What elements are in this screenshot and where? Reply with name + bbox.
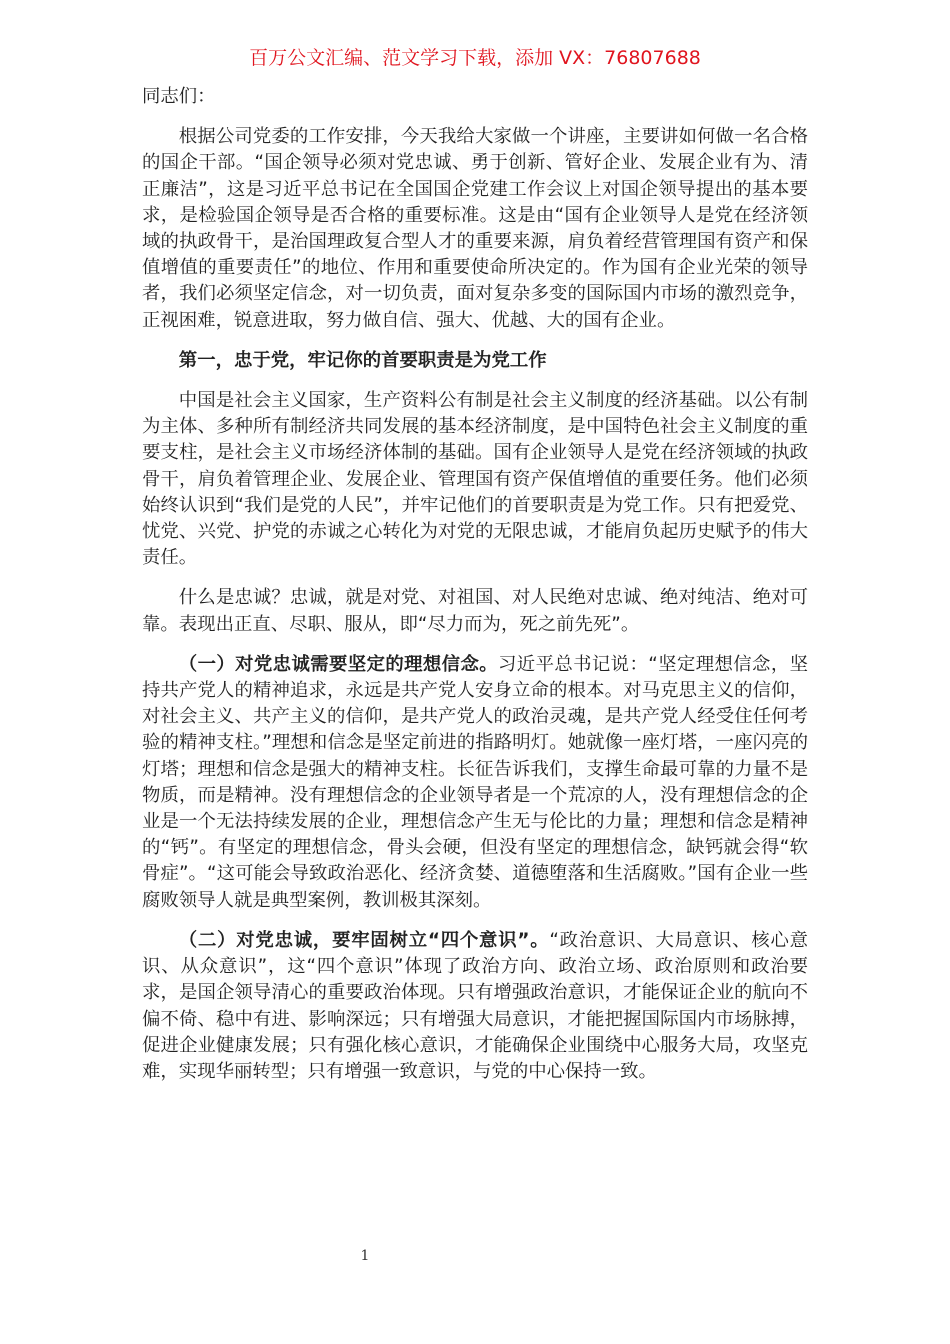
subsection-2-heading: （二）对党忠诚，要牢固树立“四个意识”。 — [179, 930, 550, 951]
subsection-2-paragraph: （二）对党忠诚，要牢固树立“四个意识”。“政治意识、大局意识、核心意识、从众意识… — [142, 928, 808, 1085]
document-body: 同志们： 根据公司党委的工作安排，今天我给大家做一个讲座，主要讲如何做一名合格的… — [142, 84, 808, 1099]
page-number: 1 — [355, 1248, 375, 1264]
subsection-1-heading: （一）对党忠诚需要坚定的理想信念。 — [179, 654, 498, 675]
section1-paragraph-2: 什么是忠诚？忠诚，就是对党、对祖国、对人民绝对忠诚、绝对纯洁、绝对可靠。表现出正… — [142, 585, 808, 637]
subsection-1-body: 习近平总书记说：“坚定理想信念，坚持共产党人的精神追求，永远是共产党人安身立命的… — [142, 654, 808, 911]
salutation: 同志们： — [142, 84, 808, 110]
document-page: 百万公文汇编、范文学习下载，添加 VX：76807688 同志们： 根据公司党委… — [0, 0, 950, 1344]
intro-paragraph: 根据公司党委的工作安排，今天我给大家做一个讲座，主要讲如何做一名合格的国企干部。… — [142, 124, 808, 334]
section1-paragraph-1: 中国是社会主义国家，生产资料公有制是社会主义制度的经济基础。以公有制为主体、多种… — [142, 388, 808, 571]
section-heading-1: 第一，忠于党，牢记你的首要职责是为党工作 — [142, 348, 808, 374]
subsection-2-body: “政治意识、大局意识、核心意识、从众意识”，这“四个意识”体现了政治方向、政治立… — [142, 930, 808, 1082]
header-banner: 百万公文汇编、范文学习下载，添加 VX：76807688 — [0, 44, 950, 72]
subsection-1-paragraph: （一）对党忠诚需要坚定的理想信念。习近平总书记说：“坚定理想信念，坚持共产党人的… — [142, 652, 808, 914]
